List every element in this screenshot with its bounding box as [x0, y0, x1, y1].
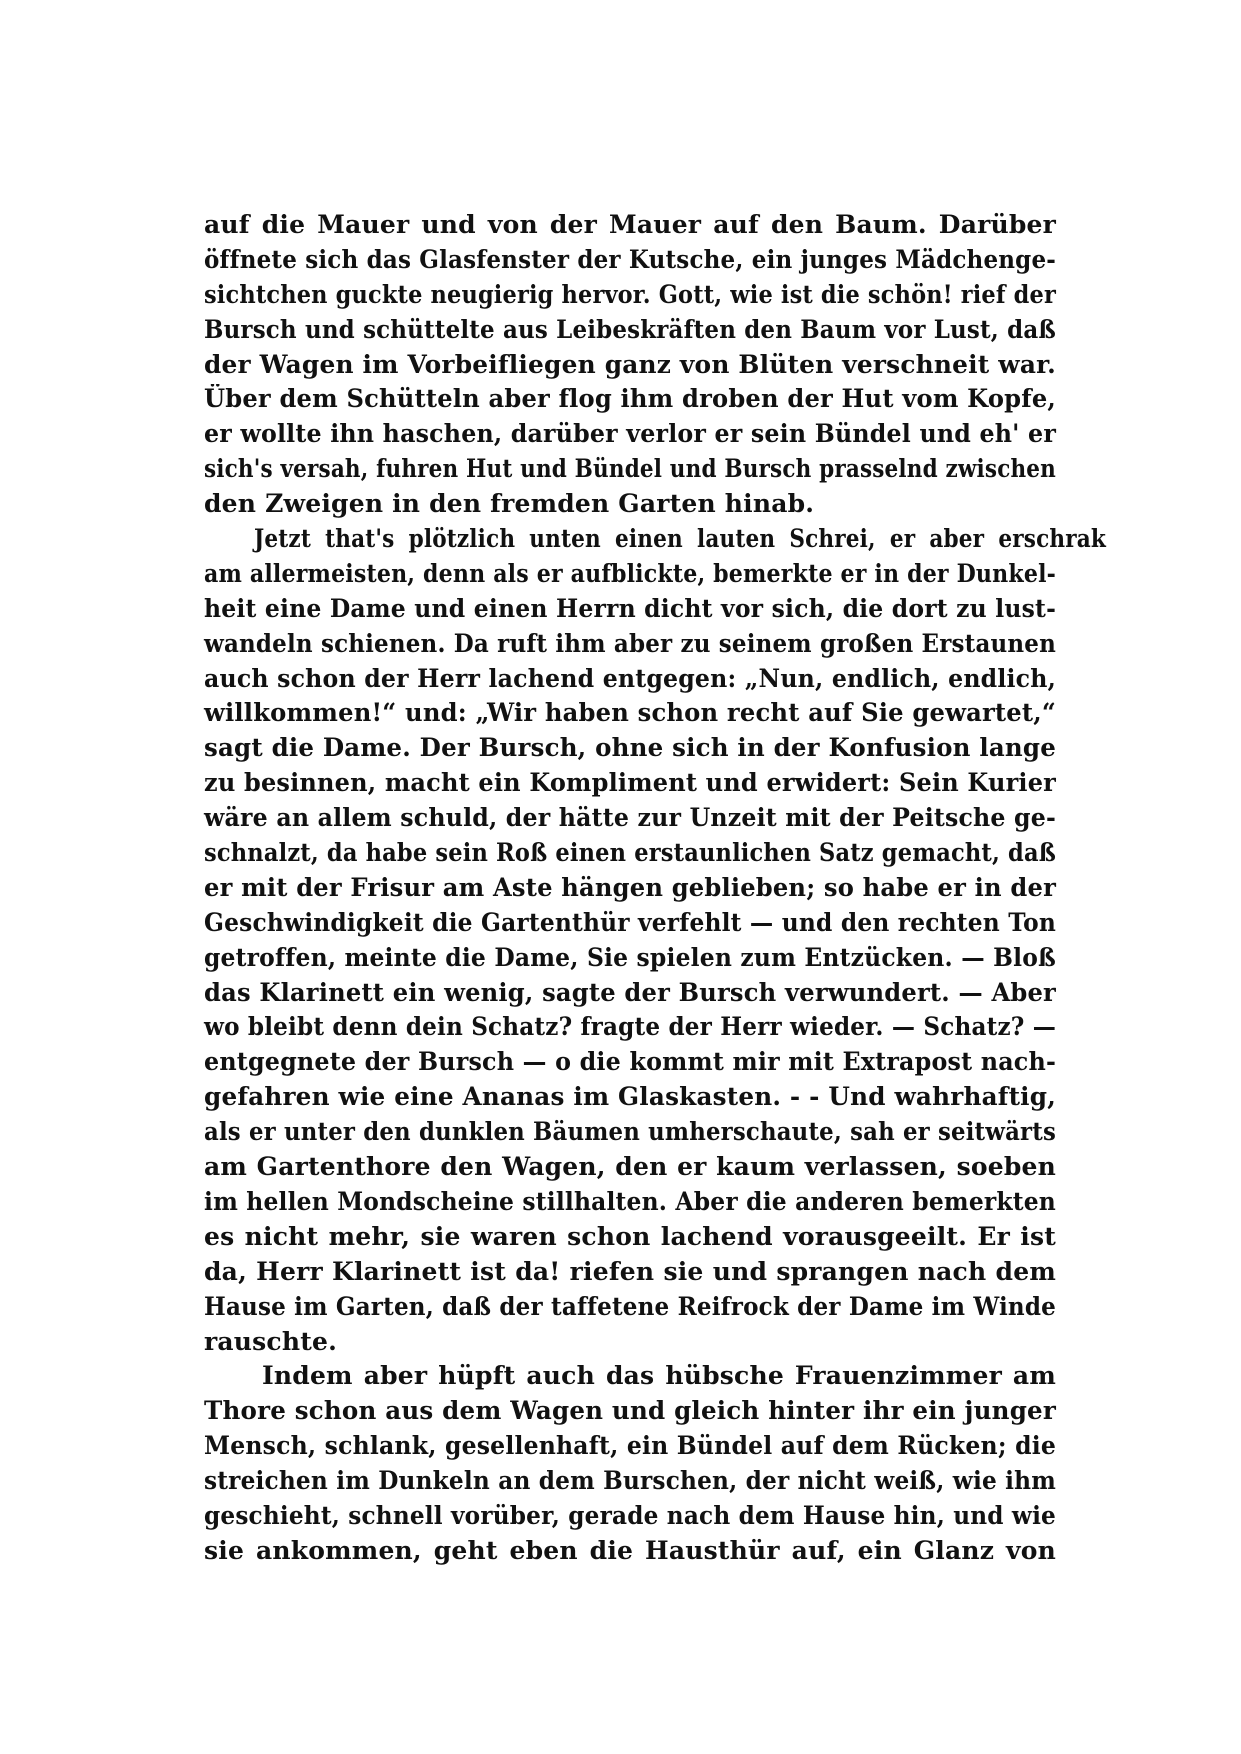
- text-line: Thore schon aus dem Wagen und gleich hin…: [204, 1394, 1056, 1429]
- text-line: schnalzt, da habe sein Roß einen erstaun…: [204, 836, 1056, 871]
- paragraph-3: Indem aber hüpft auch das hübsche Frauen…: [204, 1359, 1056, 1568]
- text-line: er mit der Frisur am Aste hängen geblieb…: [204, 871, 1056, 906]
- text-line: es nicht mehr, sie waren schon lachend v…: [204, 1220, 1056, 1255]
- text-line: rauschte.: [204, 1325, 1056, 1360]
- text-line: als er unter den dunklen Bäumen umhersch…: [204, 1115, 1056, 1150]
- text-line: zu besinnen, macht ein Kompliment und er…: [204, 766, 1056, 801]
- text-line: im hellen Mondscheine stillhalten. Aber …: [204, 1185, 1056, 1220]
- text-line: heit eine Dame und einen Herrn dicht vor…: [204, 592, 1056, 627]
- text-line: Geschwindigkeit die Gartenthür verfehlt …: [204, 906, 1056, 941]
- text-line: da, Herr Klarinett ist da! riefen sie un…: [204, 1255, 1056, 1290]
- document-page: auf die Mauer und von der Mauer auf den …: [0, 0, 1241, 1754]
- text-line: Über dem Schütteln aber flog ihm droben …: [204, 382, 1056, 417]
- text-line: streichen im Dunkeln an dem Burschen, de…: [204, 1464, 1056, 1499]
- text-line: das Klarinett ein wenig, sagte der Bursc…: [204, 976, 1056, 1011]
- text-line: den Zweigen in den fremden Garten hinab.: [204, 487, 1056, 522]
- text-line: wandeln schienen. Da ruft ihm aber zu se…: [204, 627, 1056, 662]
- text-line: sagt die Dame. Der Bursch, ohne sich in …: [204, 731, 1056, 766]
- text-line: wo bleibt denn dein Schatz? fragte der H…: [204, 1010, 1056, 1045]
- text-line: sichtchen guckte neugierig hervor. Gott,…: [204, 278, 1056, 313]
- text-line: entgegnete der Bursch — o die kommt mir …: [204, 1045, 1056, 1080]
- text-line: auf die Mauer und von der Mauer auf den …: [204, 208, 1056, 243]
- body-text: auf die Mauer und von der Mauer auf den …: [204, 208, 1056, 1569]
- text-line: sich's versah, fuhren Hut und Bündel und…: [204, 452, 1056, 487]
- text-line: er wollte ihn haschen, darüber verlor er…: [204, 417, 1056, 452]
- text-line: am Gartenthore den Wagen, den er kaum ve…: [204, 1150, 1056, 1185]
- text-line: getroffen, meinte die Dame, Sie spielen …: [204, 941, 1056, 976]
- text-line: Hause im Garten, daß der taffetene Reifr…: [204, 1290, 1056, 1325]
- text-line: geschieht, schnell vorüber, gerade nach …: [204, 1499, 1056, 1534]
- text-line: der Wagen im Vorbeifliegen ganz von Blüt…: [204, 348, 1056, 383]
- text-line: auch schon der Herr lachend entgegen: „N…: [204, 662, 1056, 697]
- text-line: wäre an allem schuld, der hätte zur Unze…: [204, 801, 1056, 836]
- text-line: willkommen!“ und: „Wir haben schon recht…: [204, 696, 1056, 731]
- text-line: sie ankommen, geht eben die Hausthür auf…: [204, 1534, 1056, 1569]
- text-line: Indem aber hüpft auch das hübsche Frauen…: [204, 1359, 1056, 1394]
- text-line: Jetzt that's plötzlich unten einen laute…: [204, 522, 1106, 557]
- text-line: Mensch, schlank, gesellenhaft, ein Bünde…: [204, 1429, 1056, 1464]
- text-line: am allermeisten, denn als er aufblickte,…: [204, 557, 1056, 592]
- text-line: Bursch und schüttelte aus Leibeskräften …: [204, 313, 1056, 348]
- paragraph-1: auf die Mauer und von der Mauer auf den …: [204, 208, 1056, 522]
- text-line: öffnete sich das Glasfenster der Kutsche…: [204, 243, 1056, 278]
- text-line: gefahren wie eine Ananas im Glaskasten. …: [204, 1080, 1056, 1115]
- paragraph-2: Jetzt that's plötzlich unten einen laute…: [204, 522, 1056, 1359]
